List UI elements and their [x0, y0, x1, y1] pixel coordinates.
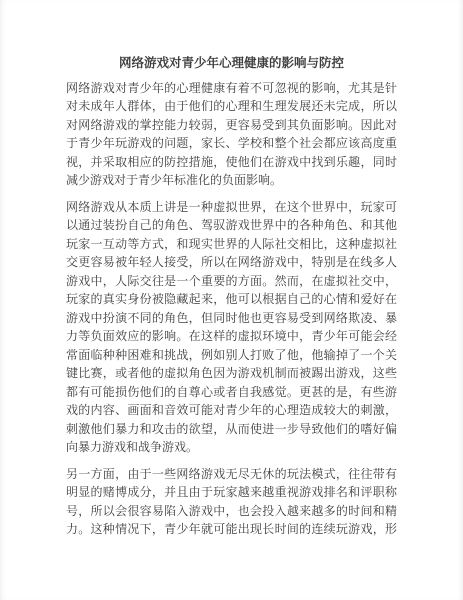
- text-line: 另一方面，由于一些网络游戏无尽无休的玩法模式，往往带有: [66, 465, 397, 484]
- document-title: 网络游戏对青少年心理健康的影响与防控: [66, 54, 397, 73]
- text-line: 刺激他们暴力和攻击的欲望，从而使进一步导致他们的嗜好偏: [66, 420, 397, 439]
- text-line: 减少游戏对于青少年标准化的负面影响。: [66, 171, 397, 190]
- text-line: 力等负面效应的影响。在这样的虚拟环境中，青少年可能会经: [66, 327, 397, 346]
- document-content: 网络游戏对青少年心理健康的影响与防控 网络游戏对青少年的心理健康有着不可忽视的影…: [66, 54, 397, 547]
- paragraph-3: 另一方面，由于一些网络游戏无尽无休的玩法模式，往往带有 明显的赌博成分，并且由于…: [66, 465, 397, 539]
- text-line: 以通过装扮自己的角色、驾驭游戏世界中的各种角色、和其他: [66, 216, 397, 235]
- text-line: 戏的内容、画面和音效可能对青少年的心理造成较大的刺激，: [66, 401, 397, 420]
- text-line: 玩家一互动等方式，和现实世界的人际社交相比，这种虚拟社: [66, 235, 397, 254]
- text-line: 号，所以会很容易陷入游戏中，也会投入越来越多的时间和精: [66, 502, 397, 521]
- text-line: 网络游戏对青少年的心理健康有着不可忽视的影响，尤其是针: [66, 79, 397, 98]
- text-line: 力。这种情况下，青少年就可能出现长时间的连续玩游戏，形: [66, 520, 397, 539]
- text-line: 键比赛，或者他的虚拟角色因为游戏机制而被踢出游戏，这些: [66, 364, 397, 383]
- text-line: 网络游戏从本质上讲是一种虚拟世界，在这个世界中，玩家可: [66, 198, 397, 217]
- document-page: 网络游戏对青少年心理健康的影响与防控 网络游戏对青少年的心理健康有着不可忽视的影…: [0, 0, 463, 600]
- text-line: 常面临种种困难和挑战，例如别人打败了他，他输掉了一个关: [66, 346, 397, 365]
- text-line: 向暴力游戏和战争游戏。: [66, 438, 397, 457]
- text-line: 玩家的真实身份被隐藏起来，他可以根据自己的心情和爱好在: [66, 290, 397, 309]
- paragraph-2: 网络游戏从本质上讲是一种虚拟世界，在这个世界中，玩家可 以通过装扮自己的角色、驾…: [66, 198, 397, 457]
- text-line: 于青少年玩游戏的问题，家长、学校和整个社会都应该高度重: [66, 134, 397, 153]
- text-line: 视，并采取相应的防控措施，使他们在游戏中找到乐趣，同时: [66, 153, 397, 172]
- text-line: 游戏中扮演不同的角色，但同时他也更容易受到网络欺凌、暴: [66, 309, 397, 328]
- text-line: 对网络游戏的掌控能力较弱，更容易受到其负面影响。因此对: [66, 116, 397, 135]
- text-line: 对未成年人群体，由于他们的心理和生理发展还未完成，所以: [66, 97, 397, 116]
- text-line: 交更容易被年轻人接受，所以在网络游戏中，特别是在线多人: [66, 253, 397, 272]
- paragraph-1: 网络游戏对青少年的心理健康有着不可忽视的影响，尤其是针 对未成年人群体，由于他们…: [66, 79, 397, 190]
- text-line: 都有可能损伤他们的自尊心或者自我感觉。更甚的是，有些游: [66, 383, 397, 402]
- text-line: 明显的赌博成分，并且由于玩家越来越重视游戏排名和评职称: [66, 483, 397, 502]
- text-line: 游戏中，人际交往是一个重要的方面。然而，在虚拟社交中，: [66, 272, 397, 291]
